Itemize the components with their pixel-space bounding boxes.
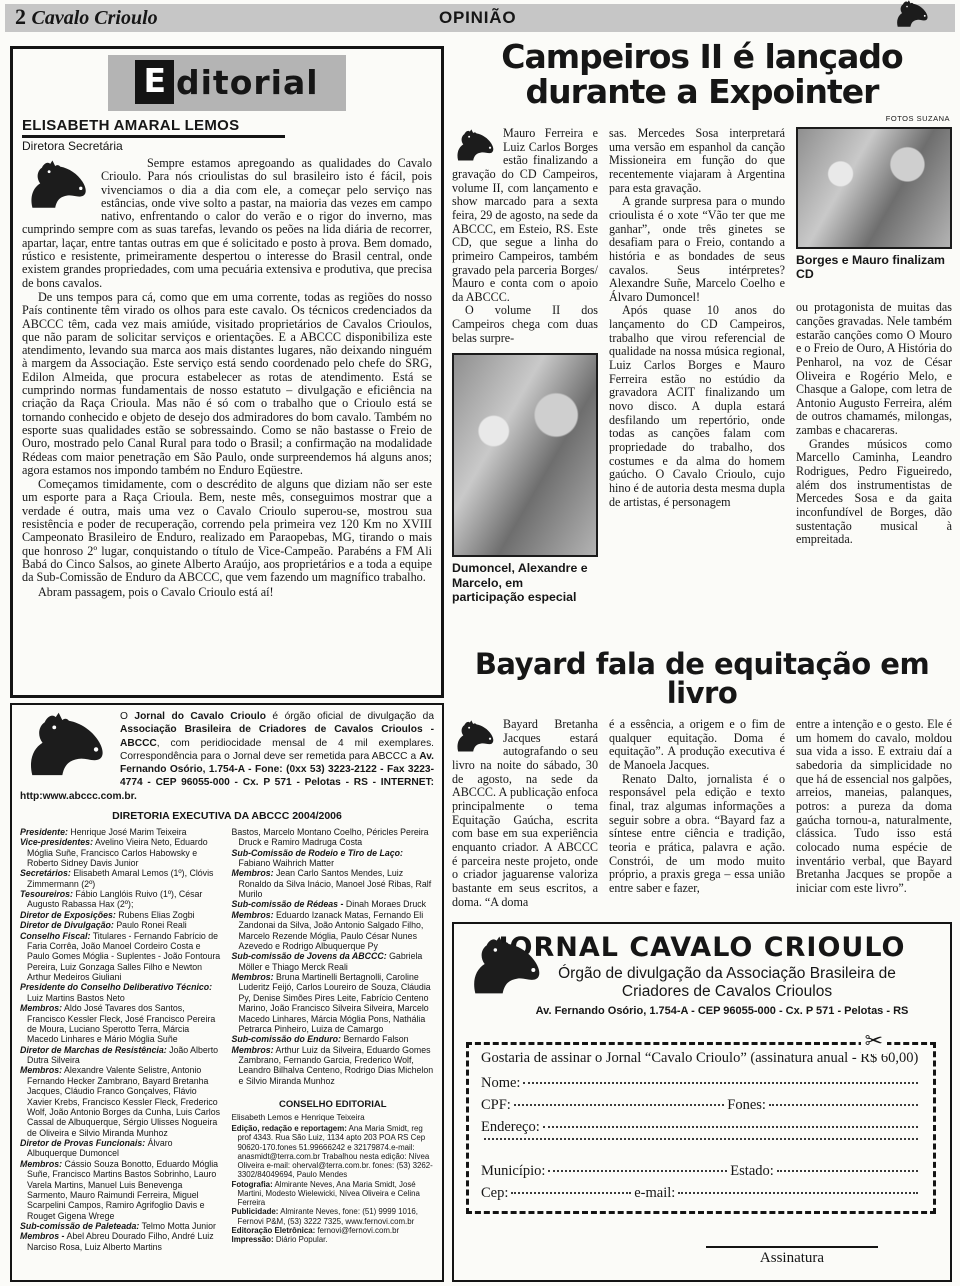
directory-right-column: Bastos, Marcelo Montano Coelho, Péricles… [232,827,435,1252]
directory-entry-label: Membros: [232,910,274,920]
directory-entry-text: Bastos, Marcelo Montano Coelho, Péricles… [232,827,429,847]
masthead-intro-segment: é órgão oficial de divulgação da [266,711,434,722]
directory-entry-label: Sub-comissão de Rédeas - [232,899,344,909]
article-paragraph: sas. Mercedes Sosa interpretará uma vers… [609,127,785,195]
article-paragraph: Renato Dalto, jornalista é o responsável… [609,773,785,896]
article-paragraph: Após quase 10 anos do lançamento do CD C… [609,304,785,509]
photo-caption: Borges e Mauro finalizam CD [796,253,952,281]
page-number-and-name: 2 Cavalo Crioulo [15,4,158,30]
jornal-box: JORNAL CAVALO CRIOULO Órgão de divulgaçã… [452,922,952,1282]
page-number: 2 [15,4,26,29]
directory-entry-label: Presidente: [20,827,68,837]
form-row-municipio-estado: Município: Estado: [481,1163,921,1185]
article-paragraph: ou protagonista de muitas das canções gr… [796,301,952,438]
masthead-intro-segment: Jornal do Cavalo Crioulo [134,711,266,722]
directory-entry-text: Bernardo Falson [343,1034,408,1044]
directory-entry-text: Paulo Ronei Reali [116,920,186,930]
directory-entry: Diretor de Provas Funcionais: Álvaro Alb… [20,1138,223,1159]
credit-entry: Impressão: Diário Popular. [232,1235,435,1244]
form-row-cep-email: Cep: e-mail: [481,1185,921,1207]
masthead-box: O Jornal do Cavalo Crioulo é órgão ofici… [10,703,444,1282]
section-label: OPINIÃO [439,8,516,28]
directory-title: DIRETORIA EXECUTIVA DA ABCCC 2004/2006 [20,810,434,822]
form-field-email-input[interactable] [678,1192,918,1194]
article-column-2: é a essência, a origem e o fim de qualqu… [609,718,785,909]
form-field-estado-label: Estado: [730,1163,774,1180]
directory-entry-text: Alexandre Valente Selistre, Antonio Fern… [27,1065,220,1137]
directory-entry-label: Membros: [232,1045,274,1055]
directory-entry-label: Diretor de Exposições: [20,910,116,920]
form-field-fones-input[interactable] [769,1104,918,1106]
article-paragraph: O volume II dos Campeiros chega com duas… [452,304,598,345]
campeiros-article: Campeiros II é lançado durante a Expoint… [452,40,952,604]
directory-entry-label: Sub-comissão do Enduro: [232,1034,341,1044]
directory-entry: Sub-comissão do Enduro: Bernardo Falson [232,1034,435,1044]
article-paragraph: entre a intenção e o gesto. Ele é um hom… [796,718,952,896]
credit-entry-label: Edição, redação e reportagem: [232,1124,347,1133]
directory-entry-label: Diretor de Divulgação: [20,920,114,930]
directory-entry-text: Rubens Elias Zogbi [118,910,194,920]
directory-entry-label: Sub-comissão de Jovens da ABCCC: [232,951,387,961]
credit-entry: Editoração Eletrônica: fernovi@fernovi.c… [232,1226,435,1235]
directory-entry: Presidente do Conselho Deliberativo Técn… [20,982,223,1003]
masthead-intro-block: O Jornal do Cavalo Crioulo é órgão ofici… [20,710,434,803]
form-field-cpf-input[interactable] [514,1104,724,1106]
editorial-author: ELISABETH AMARAL LEMOS [22,117,285,138]
form-field-estado-input[interactable] [777,1170,918,1172]
directory-entry-label: Membros: [232,972,274,982]
photo-caption: Dumoncel, Alexandre e Marcelo, em partic… [452,561,598,603]
credit-entry-label: Publicidade: [232,1207,279,1216]
directory-entry: Diretor de Divulgação: Paulo Ronei Reali [20,920,223,930]
directory-entry-text: Luiz Martins Bastos Neto [27,993,125,1003]
conselho-editorial-title: CONSELHO EDITORIAL [232,1099,435,1110]
credit-entry: Publicidade: Almirante Neves, fone: (51)… [232,1207,435,1226]
editorial-paragraph: Abram passagem, pois o Cavalo Crioulo es… [22,586,432,599]
photo-dumoncel-group [452,353,598,557]
directory-entry: Sub-comissão de Paleteada: Telmo Motta J… [20,1221,223,1231]
article-paragraph: Grandes músicos como Marcello Caminha, L… [796,438,952,547]
directory-entry: Tesoureiros: Fábio Langlóis Ruivo (1º), … [20,889,223,910]
horse-head-icon [20,712,112,778]
photo-credit: FOTOS SUZANA [452,114,950,123]
credit-entry-label: Fotografia: [232,1180,273,1189]
directory-columns: Presidente: Henrique José Marim Teixeira… [20,827,434,1252]
directory-entry: Membros: Aldo José Tavares dos Santos, F… [20,1003,223,1045]
directory-entry-label: Vice-presidentes: [20,837,93,847]
directory-entry: Membros: Jean Carlo Santos Mendes, Luiz … [232,868,435,899]
editorial-paragraph: De uns tempos para cá, como que em uma c… [22,291,432,477]
subscription-form: ✂ Gostaria de assinar o Jornal “Cavalo C… [466,1042,936,1214]
photo-borges-mauro [796,127,952,249]
directory-entry-label: Tesoureiros: [20,889,73,899]
directory-entry: Diretor de Exposições: Rubens Elias Zogb… [20,910,223,920]
article-column-1: Mauro Ferreira e Luiz Carlos Borges estã… [452,127,598,604]
article-column-1: Bayard Bretanha Jacques estará autografa… [452,718,598,909]
masthead-intro-segment: , com peridiocidade mensal de 4 mil exem… [120,738,434,762]
directory-entry: Membros: Cássio Souza Bonotto, Eduardo M… [20,1159,223,1221]
form-field-cep-input[interactable] [511,1192,631,1194]
directory-entry-label: Membros - [20,1231,64,1241]
form-row-endereco-continuation [481,1141,921,1163]
conselho-editorial-members: Elisabeth Lemos e Henrique Teixeira [232,1113,435,1123]
directory-entry: Sub-comissão de Jovens da ABCCC: Gabriel… [232,951,435,972]
form-field-nome-input[interactable] [523,1082,918,1084]
directory-entry: Membros: Arthur Luiz da Silveira, Eduard… [232,1045,435,1087]
credit-entry-text: fernovi@fernovi.com.br [317,1226,399,1235]
directory-left-column: Presidente: Henrique José Marim Teixeira… [20,827,223,1252]
form-field-endereco-label: Endereço: [481,1119,540,1136]
bayard-title: Bayard fala de equitação em livro [452,650,952,708]
directory-entry-label: Presidente do Conselho Deliberativo Técn… [20,982,212,992]
directory-entry: Vice-presidentes: Avelino Vieira Neto, E… [20,837,223,868]
paper-name: Cavalo Crioulo [32,7,158,29]
horse-head-icon [22,160,94,210]
directory-entry-label: Diretor de Marchas de Resistência: [20,1045,167,1055]
form-field-endereco2-input[interactable] [484,1138,918,1140]
directory-entry: Membros: Eduardo Izanack Matas, Fernando… [232,910,435,952]
directory-entry-label: Sub-Comissão de Rodeio e Tiro de Laço: [232,848,403,858]
directory-entry-label: Membros: [20,1159,62,1169]
credit-entry-text: Ana Maria Smidt, reg prof 4343. Rua São … [238,1124,433,1179]
directory-entry-label: Membros: [20,1065,62,1075]
directory-entry-label: Secretários: [20,868,71,878]
form-field-fones-label: Fones: [727,1097,766,1114]
directory-entry-label: Sub-comissão de Paleteada: [20,1221,139,1231]
directory-entry: Diretor de Marchas de Resistência: João … [20,1045,223,1066]
credit-entry-label: Editoração Eletrônica: [232,1226,316,1235]
bayard-article: Bayard fala de equitação em livro Bayard… [452,650,952,909]
directory-entry: Membros: Alexandre Valente Selistre, Ant… [20,1065,223,1138]
horse-head-icon [464,936,548,996]
directory-entry: Secretários: Elisabeth Amaral Lemos (1º)… [20,868,223,889]
credit-entry: Fotografia: Almirante Neves, Ana Maria S… [232,1180,435,1208]
article-paragraph: é a essência, a origem e o fim de qualqu… [609,718,785,773]
directory-entry-text: Henrique José Marim Teixeira [70,827,186,837]
form-field-municipio-input[interactable] [548,1170,727,1172]
article-column-3: Borges e Mauro finalizam CD ou protagoni… [796,127,952,604]
credit-entry-label: Impressão: [232,1235,274,1244]
editorial-logo-e: E [135,60,174,104]
editorial-box: E ditorial ELISABETH AMARAL LEMOS Direto… [10,46,444,698]
form-row-cpf-fones: CPF: Fones: [481,1097,921,1119]
directory-entry-label: Membros: [232,868,274,878]
directory-entry: Sub-Comissão de Rodeio e Tiro de Laço: F… [232,848,435,869]
directory-entry-label: Membros: [20,1003,62,1013]
signature-label: Assinatura [706,1250,878,1267]
jornal-address: Av. Fernando Osório, 1.754-A - CEP 96055… [454,1005,950,1017]
campeiros-columns: Mauro Ferreira e Luiz Carlos Borges estã… [452,127,952,604]
page-header: 2 Cavalo Crioulo OPINIÃO [5,4,955,32]
directory-entry: Presidente: Henrique José Marim Teixeira [20,827,223,837]
editorial-body: Sempre estamos apregoando as qualidades … [22,157,432,599]
form-field-endereco-input[interactable] [543,1126,918,1128]
horse-head-icon [452,720,498,753]
article-column-3: entre a intenção e o gesto. Ele é um hom… [796,718,952,909]
editorial-logo: E ditorial [108,55,346,111]
article-column-2: sas. Mercedes Sosa interpretará uma vers… [609,127,785,604]
directory-entry-label: Diretor de Provas Funcionais: [20,1138,145,1148]
directory-entry-text: Fabiano Waihrich Matter [239,858,335,868]
directory-entry-text: Telmo Motta Junior [142,1221,216,1231]
form-field-email-label: e-mail: [634,1185,675,1202]
directory-entry: Membros - Abel Abreu Dourado Filho, Andr… [20,1231,223,1252]
scissors-icon: ✂ [861,1028,887,1054]
directory-entry: Sub-comissão de Rédeas - Dinah Moraes Dr… [232,899,435,909]
form-field-nome-label: Nome: [481,1075,520,1092]
credit-entry: Edição, redação e reportagem: Ana Maria … [232,1124,435,1180]
form-field-municipio-label: Município: [481,1163,545,1180]
directory-entry-text: Dinah Moraes Druck [346,899,426,909]
editorial-logo-rest: ditorial [176,63,319,102]
directory-entry: Bastos, Marcelo Montano Coelho, Péricles… [232,827,435,848]
directory-entry-label: Conselho Fiscal: [20,931,90,941]
directory-entry: Conselho Fiscal: Titulares - Fernando Fa… [20,931,223,983]
campeiros-title: Campeiros II é lançado durante a Expoint… [452,40,952,110]
masthead-intro-segment: O [120,711,134,722]
form-field-cep-label: Cep: [481,1185,508,1202]
editorial-author-role: Diretora Secretária [22,139,432,153]
signature-line [706,1246,878,1248]
directory-entry: Membros: Bruna Martinelli Bertagnolli, C… [232,972,435,1034]
article-paragraph: A grande surpresa para o mundo crioulist… [609,195,785,304]
editorial-paragraph: Começamos timidamente, com o descrédito … [22,478,432,584]
signature-block: Assinatura [706,1246,878,1267]
horse-head-icon [893,0,931,28]
form-intro: Gostaria de assinar o Jornal “Cavalo Cri… [481,1050,921,1075]
horse-head-icon [452,129,498,162]
form-field-cpf-label: CPF: [481,1097,511,1114]
credit-entry-text: Diário Popular. [276,1235,328,1244]
form-row-nome: Nome: [481,1075,921,1097]
bayard-columns: Bayard Bretanha Jacques estará autografa… [452,718,952,909]
